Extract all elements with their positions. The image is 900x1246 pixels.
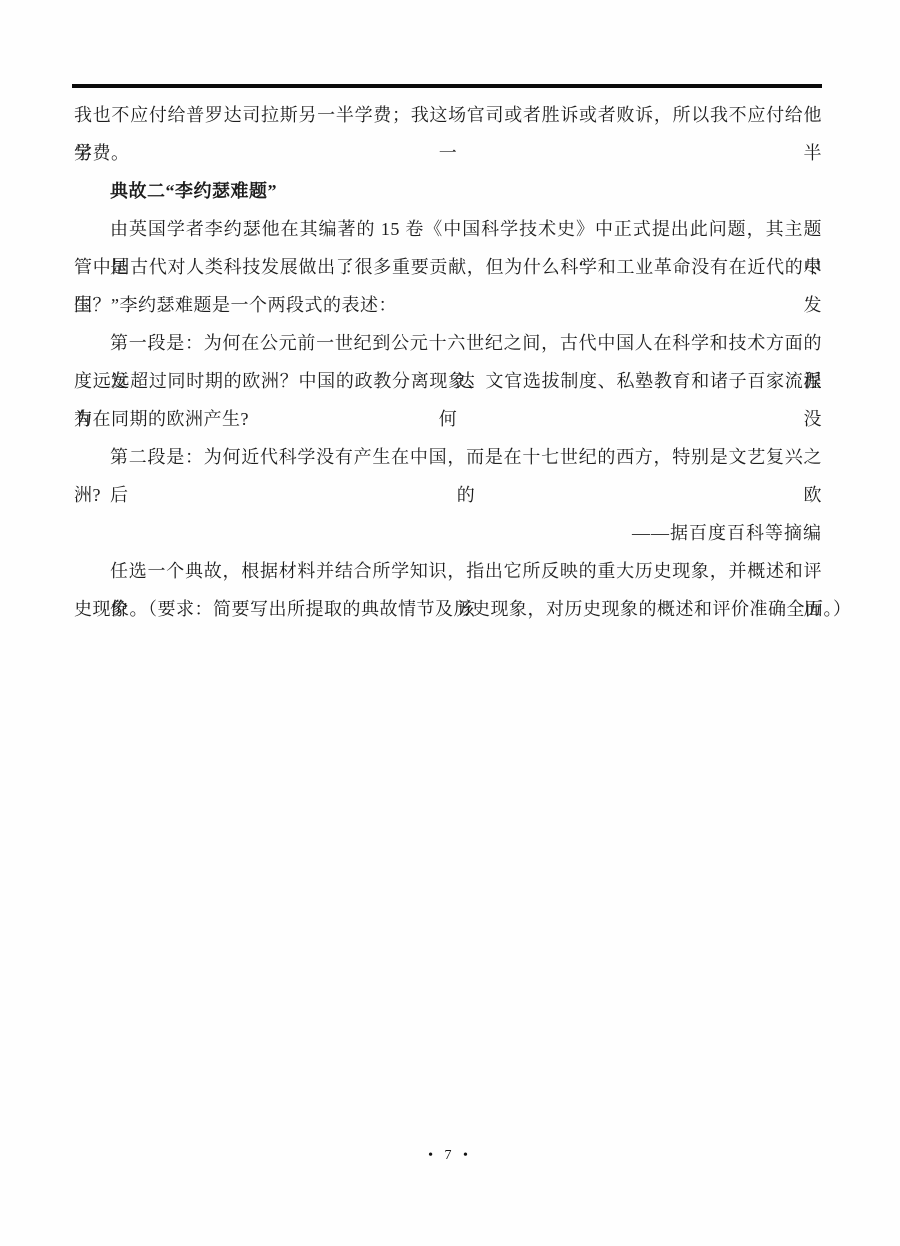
document-page: 我也不应付给普罗达司拉斯另一半学费；我这场官司或者胜诉或者败诉，所以我不应付给他… bbox=[0, 0, 900, 1246]
text-line: 第二段是：为何近代科学没有产生在中国，而是在十七世纪的西方，特别是文艺复兴之后的… bbox=[74, 438, 822, 476]
document-body: 我也不应付给普罗达司拉斯另一半学费；我这场官司或者胜诉或者败诉，所以我不应付给他… bbox=[74, 96, 822, 628]
text-line: 任选一个典故，根据材料并结合所学知识，指出它所反映的重大历史现象，并概述和评价该… bbox=[74, 552, 822, 590]
text-line: 第一段是：为何在公元前一世纪到公元十六世纪之间，古代中国人在科学和技术方面的发达… bbox=[74, 324, 822, 362]
text-line: 管中国古代对人类科技发展做出了很多重要贡献，但为什么科学和工业革命没有在近代的中… bbox=[74, 248, 822, 286]
page-number: • 7 • bbox=[0, 1148, 900, 1164]
text-line: 史现象。（要求：简要写出所提取的典故情节及历史现象，对历史现象的概述和评价准确全… bbox=[74, 590, 822, 628]
text-line: 我也不应付给普罗达司拉斯另一半学费；我这场官司或者胜诉或者败诉，所以我不应付给他… bbox=[74, 96, 822, 134]
text-line: 度远远超过同时期的欧洲？中国的政教分离现象、文官选拔制度、私塾教育和诸子百家流派… bbox=[74, 362, 822, 400]
section-heading: 典故二“李约瑟难题” bbox=[74, 172, 822, 210]
text-line: 由英国学者李约瑟他在其编著的 15 卷《中国科学技术史》中正式提出此问题，其主题… bbox=[74, 210, 822, 248]
attribution: ——据百度百科等摘编 bbox=[74, 514, 822, 552]
header-rule bbox=[72, 84, 822, 88]
